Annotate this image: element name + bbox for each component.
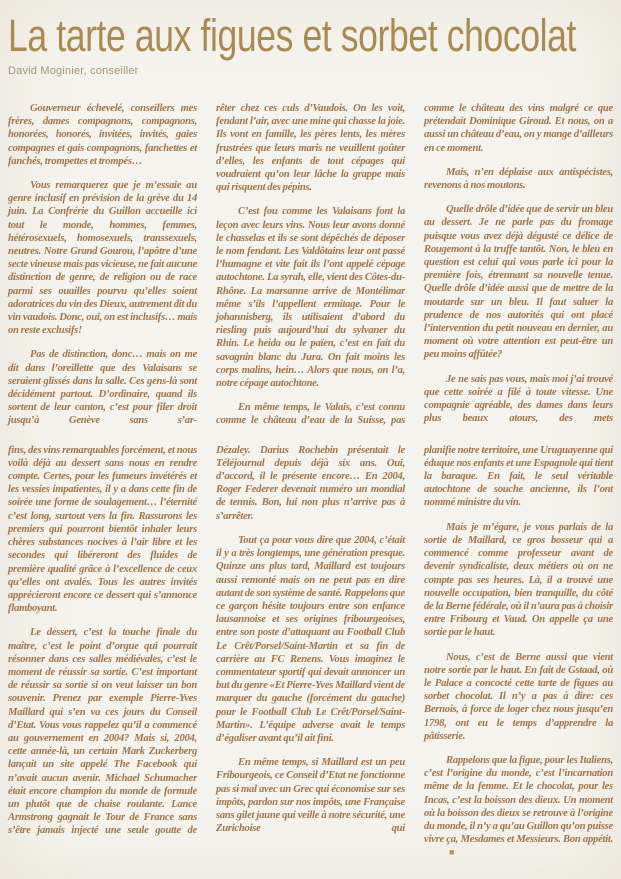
page-title: La tarte aux figues et sorbet chocolat bbox=[8, 13, 486, 59]
article-paragraph: Rappelons que la figue, pour les Italien… bbox=[424, 754, 613, 860]
article-grid: Gouverneur échevelé, conseillers mes frè… bbox=[0, 102, 621, 860]
article-paragraph: planifie notre territoire, une Uruguayen… bbox=[424, 444, 613, 510]
article-paragraph: En même temps, le Valais, c’est connu co… bbox=[216, 401, 405, 427]
article-paragraph: Pas de distinction, donc… mais on me dit… bbox=[8, 348, 197, 427]
article-column-band1-col3: comme le château des vins malgré ce que … bbox=[424, 102, 613, 428]
article-paragraph: fins, des vins remarquables forcément, e… bbox=[8, 444, 197, 616]
article-paragraph: comme le château des vins malgré ce que … bbox=[424, 102, 613, 155]
article-paragraph: Nous, c’est de Berne aussi que vient not… bbox=[424, 651, 613, 743]
article-paragraph: Tout ça pour vous dire que 2004, c’était… bbox=[216, 534, 405, 745]
article-paragraph: C’est fou comme les Valaisans font la le… bbox=[216, 205, 405, 390]
article-paragraph: Je ne sais pas vous, mais moi j’ai trouv… bbox=[424, 373, 613, 426]
article-column-band1-col2: rêter chez ces culs d’Vaudois. On les vo… bbox=[216, 102, 405, 428]
article-paragraph: Gouverneur échevelé, conseillers mes frè… bbox=[8, 102, 197, 168]
article-paragraph: Vous remarquerez que je m’essaie au genr… bbox=[8, 179, 197, 337]
article-column-band2-col2: Dézaley. Darius Rochebin présentait le T… bbox=[216, 444, 405, 860]
article-paragraph: rêter chez ces culs d’Vaudois. On les vo… bbox=[216, 102, 405, 194]
article-column-band1-col1: Gouverneur échevelé, conseillers mes frè… bbox=[8, 102, 197, 428]
article-header: La tarte aux figues et sorbet chocolat D… bbox=[0, 0, 621, 78]
article-paragraph: En même temps, si Maillard est un peu Fr… bbox=[216, 756, 405, 835]
article-paragraph: Dézaley. Darius Rochebin présentait le T… bbox=[216, 444, 405, 523]
article-paragraph: Mais, n’en déplaise aux antispécistes, r… bbox=[424, 166, 613, 192]
article-paragraph: Le dessert, c’est la touche finale du ma… bbox=[8, 626, 197, 837]
byline: David Moginier, conseiller bbox=[8, 65, 613, 78]
article-paragraph: Quelle drôle d’idée que de servir un ble… bbox=[424, 203, 613, 361]
end-of-article-marker-icon: ■ bbox=[427, 848, 454, 857]
article-column-band2-col1: fins, des vins remarquables forcément, e… bbox=[8, 444, 197, 860]
article-column-band2-col3: planifie notre territoire, une Uruguayen… bbox=[424, 444, 613, 860]
article-paragraph: Mais je m’égare, je vous parlais de la s… bbox=[424, 521, 613, 640]
scanned-article-page: La tarte aux figues et sorbet chocolat D… bbox=[0, 0, 621, 879]
